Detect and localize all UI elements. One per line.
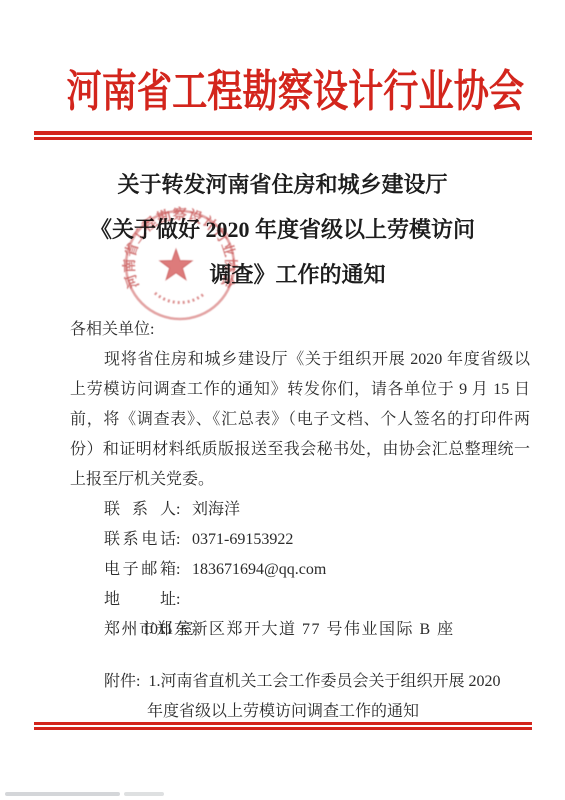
contact-row-phone: 联系电话:0371-69153922 [70,525,530,555]
seal-ring-text: 河南省工程勘察设计行业协会 [121,206,239,291]
footer-rule [34,722,532,730]
scan-artifact [5,792,120,796]
contact-colon: : [176,555,192,585]
star-icon [160,249,192,280]
contact-value: 刘海洋 [192,501,240,518]
letterhead-org-name: 河南省工程勘察设计行业协会 [67,70,519,114]
seal-bottom-marks [155,293,205,303]
paragraph-line: 前，将《调查表》、《汇总表》（电子文档、个人签名的打印件两 [70,405,530,435]
contact-label: 地 址 [104,585,176,615]
title-line-2: 《关于做好 2020 年度省级以上劳模访问 [0,207,565,252]
contact-label: 电子邮箱 [104,555,176,585]
contact-colon: : [176,525,192,555]
paragraph-line: 上报至厅机关党委。 [70,465,530,495]
letterhead-rule [34,131,532,140]
paragraph-line: 现将省住房和城乡建设厅《关于组织开展 2020 年度省级以 [70,345,530,375]
rule-line-thin [34,727,532,730]
attachment-text: 1.河南省直机关工会工作委员会关于组织开展 2020 [140,673,500,690]
rule-line-thin [34,137,532,140]
official-seal: 河南省工程勘察设计行业协会 [110,195,250,335]
document-page: 河南省工程勘察设计行业协会 关于转发河南省住房和城乡建设厅 《关于做好 2020… [0,0,565,800]
attachment-label: 附件: [104,673,140,690]
paragraph-line: 份）和证明材料纸质版报送至我会秘书处，由协会汇总整理统一 [70,435,530,465]
contact-value: 183671694@qq.com [192,561,326,578]
contact-row-person: 联 系 人:刘海洋 [70,495,530,525]
title-line-1: 关于转发河南省住房和城乡建设厅 [0,162,565,207]
document-body: 各相关单位: 现将省住房和城乡建设厅《关于组织开展 2020 年度省级以 上劳模… [70,315,530,727]
contact-value: 0371-69153922 [192,531,293,548]
paragraph-line: 上劳模访问调查工作的通知》转发你们，请各单位于 9 月 15 日 [70,375,530,405]
scan-artifact [124,792,164,796]
section-gap [70,645,530,667]
contact-label: 联系电话 [104,525,176,555]
contact-row-email: 电子邮箱:183671694@qq.com [70,555,530,585]
document-title: 关于转发河南省住房和城乡建设厅 《关于做好 2020 年度省级以上劳模访问 调查… [0,162,565,297]
salutation: 各相关单位: [70,315,530,345]
contact-colon: : [176,585,192,615]
contact-label: 联 系 人 [104,495,176,525]
title-line-3: 调查》工作的通知 [0,252,565,297]
contact-colon: : [176,495,192,525]
attachment-line-1: 附件:1.河南省直机关工会工作委员会关于组织开展 2020 [70,667,530,697]
contact-row-address: 地 址:郑州市郑东新区郑开大道 77 号伟业国际 B 座 [70,585,530,615]
